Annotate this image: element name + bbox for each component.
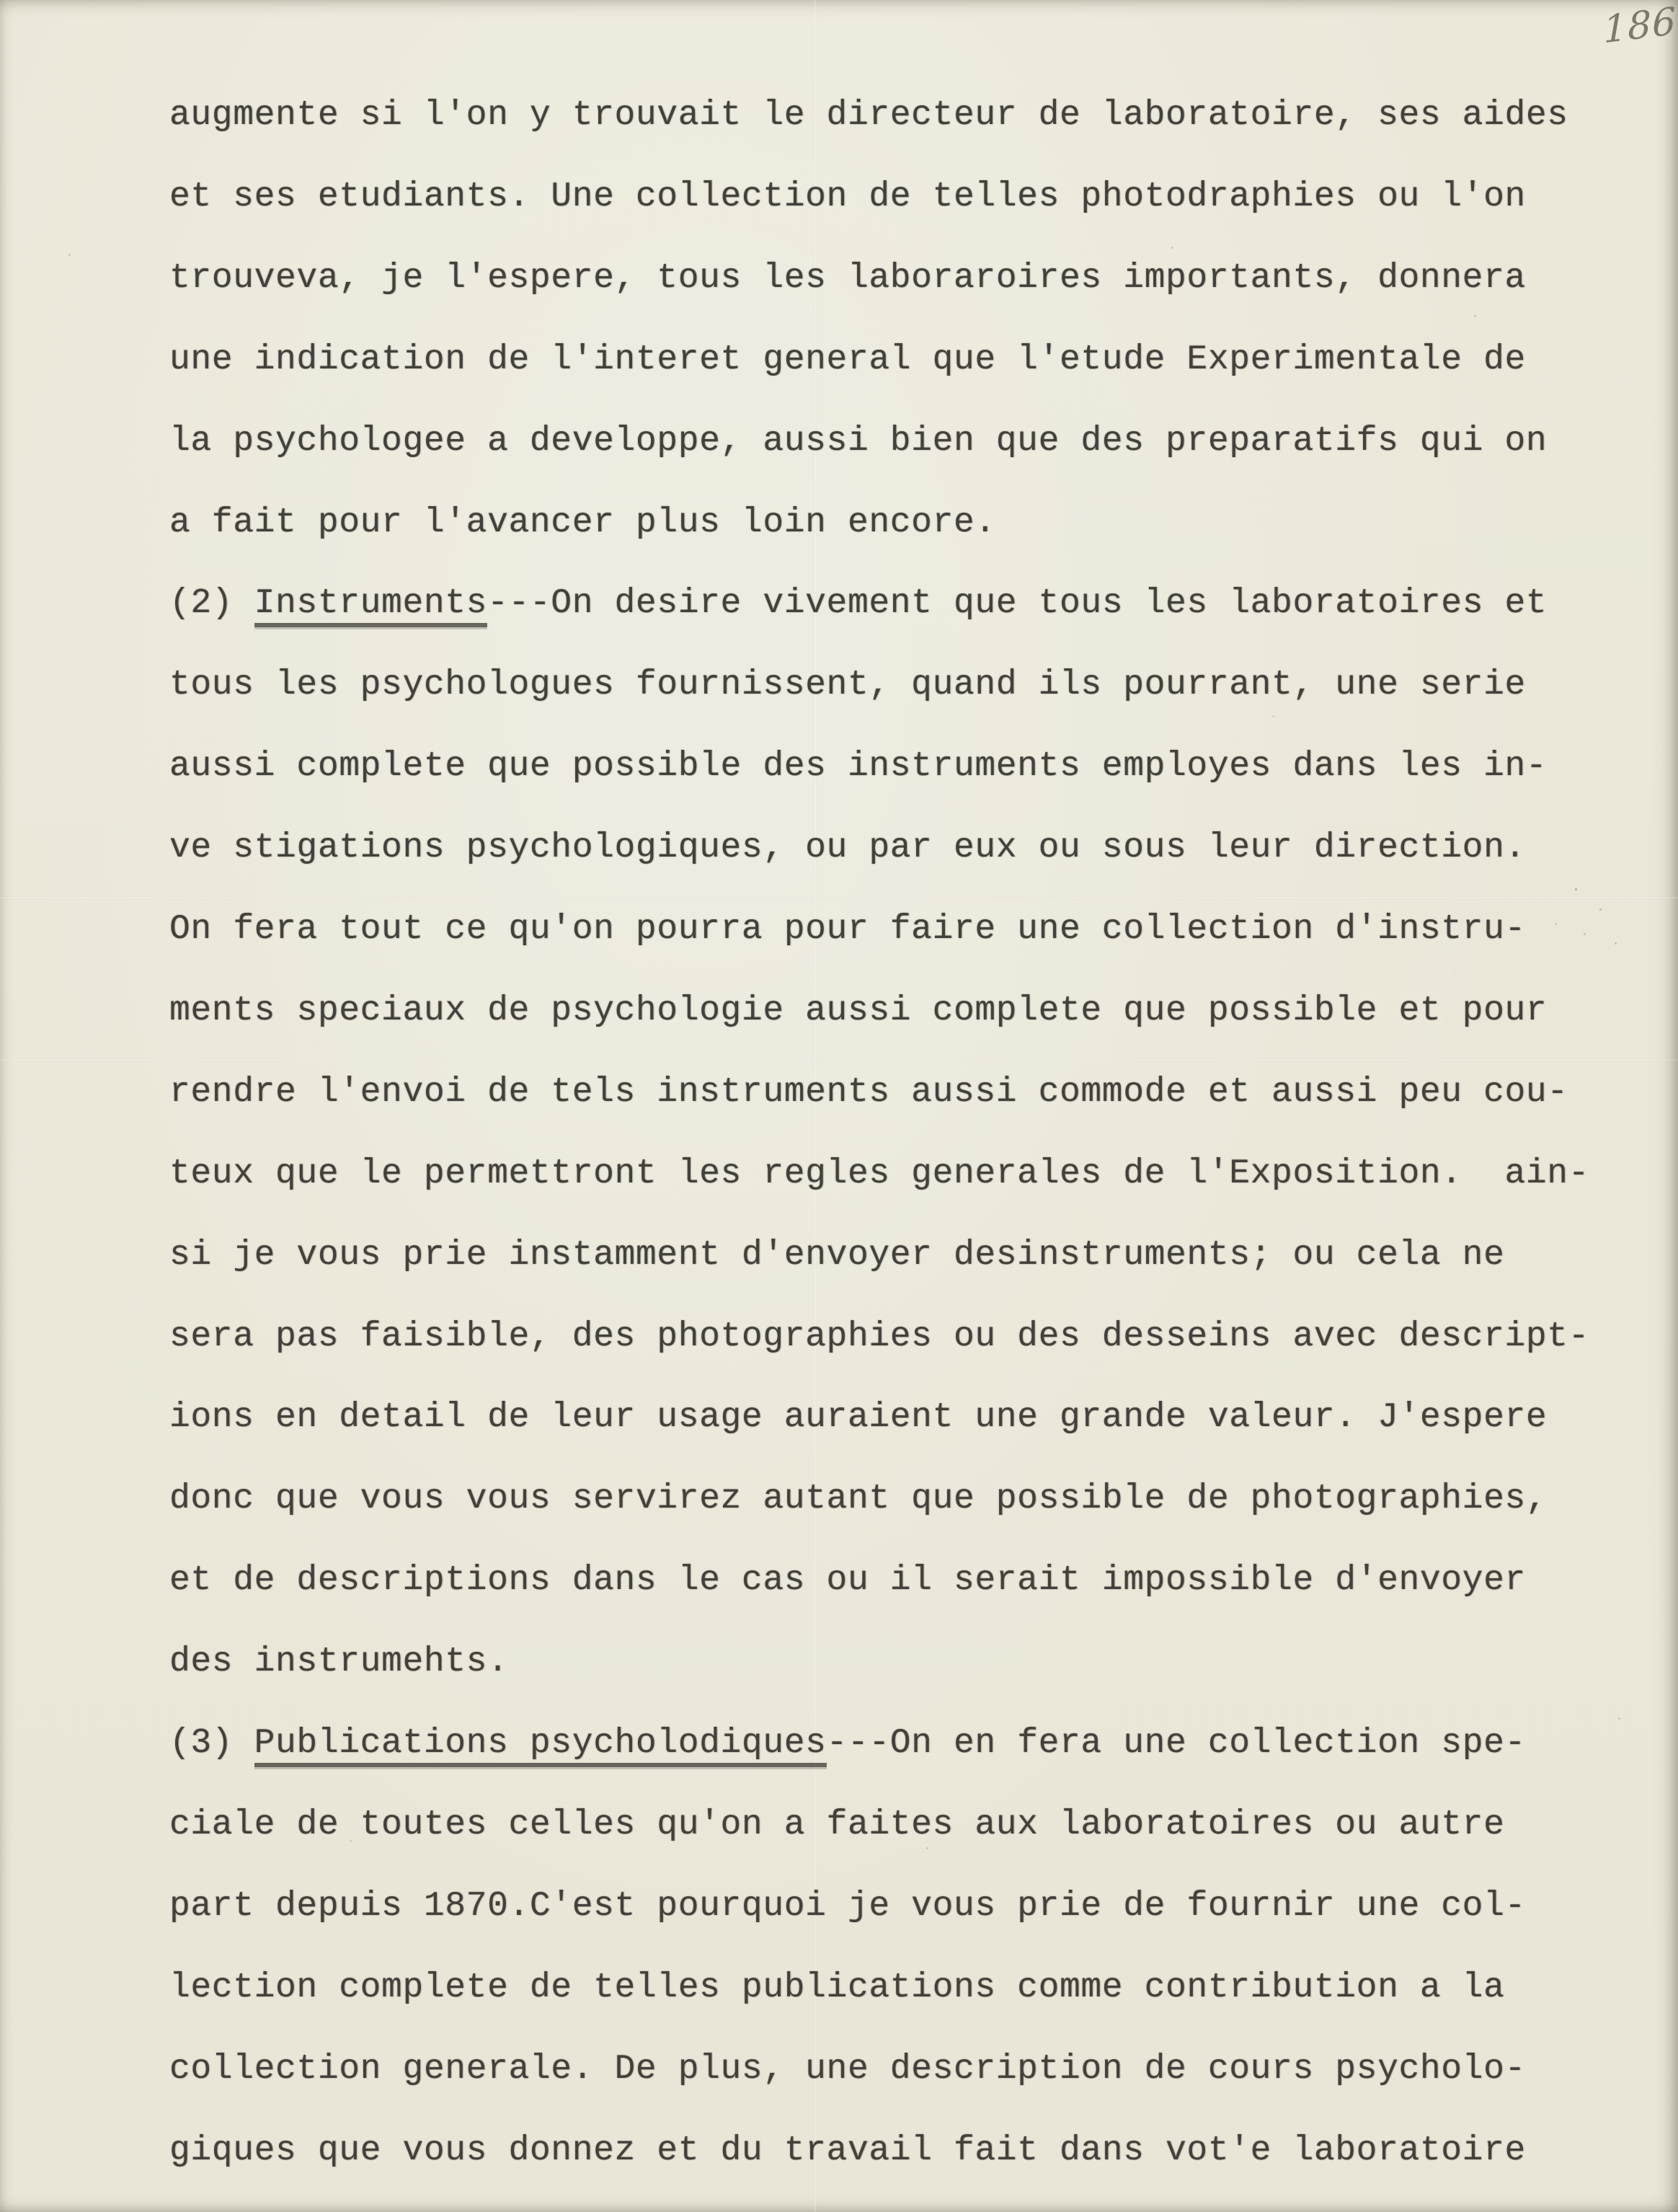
text-segment: (3) [169,1724,254,1763]
text-line: ments speciaux de psychologie aussi comp… [169,994,1547,1028]
text-line: la psychologee a developpe, aussi bien q… [169,424,1547,459]
text-line: tous les psychologues fournissent, quand… [169,668,1526,702]
text-line: a fait pour l'avancer plus loin encore. [169,505,996,540]
text-segment: aussi complete que possible des instrume… [169,747,1547,786]
text-segment: sera pas faisible, des photographies ou … [169,1317,1589,1356]
typewritten-text-block: augmente si l'on y trouvait le directeur… [169,98,1633,2196]
text-line: (3) Publications psycholodiques---On en … [169,1726,1526,1761]
text-segment: ve stigations psychologiques, ou par eux… [169,828,1526,867]
text-segment: lection complete de telles publications … [169,1968,1505,2007]
text-line: et de descriptions dans le cas ou il ser… [169,1563,1526,1598]
text-segment: (2) [169,584,254,623]
text-segment: une indication de l'interet general que … [169,340,1526,379]
text-segment: teux que le permettront les regles gener… [169,1154,1589,1193]
text-line: et ses etudiants. Une collection de tell… [169,180,1526,214]
text-line: si je vous prie instamment d'envoyer des… [169,1238,1505,1273]
text-segment: des instrumehts. [169,1642,508,1681]
text-line: des instrumehts. [169,1645,508,1679]
text-line: On fera tout ce qu'on pourra pour faire … [169,912,1526,947]
text-line: giques que vous donnez et du travail fai… [169,2133,1526,2168]
underlined-heading-text: Publications psycholodiques [254,1724,827,1767]
text-line: ciale de toutes celles qu'on a faites au… [169,1808,1505,1842]
text-segment: la psychologee a developpe, aussi bien q… [169,422,1547,461]
text-line: aussi complete que possible des instrume… [169,749,1547,784]
text-segment: ---On en fera une collection spe- [827,1724,1526,1763]
text-line: ve stigations psychologiques, ou par eux… [169,831,1526,865]
text-segment: collection generale. De plus, une descri… [169,2050,1526,2089]
text-line: collection generale. De plus, une descri… [169,2052,1526,2087]
text-line: ions en detail de leur usage auraient un… [169,1400,1547,1435]
text-segment: rendre l'envoi de tels instruments aussi… [169,1073,1568,1112]
text-segment: donc que vous vous servirez autant que p… [169,1479,1547,1518]
text-segment: part depuis 1870.C'est pourquoi je vous … [169,1887,1526,1926]
text-segment: trouveva, je l'espere, tous les laboraro… [169,259,1526,298]
text-segment: et de descriptions dans le cas ou il ser… [169,1561,1526,1600]
text-segment: On fera tout ce qu'on pourra pour faire … [169,910,1526,949]
text-line: rendre l'envoi de tels instruments aussi… [169,1075,1568,1110]
text-segment: ciale de toutes celles qu'on a faites au… [169,1805,1505,1844]
text-line: (2) Instruments---On desire vivement que… [169,586,1547,621]
text-segment: a fait pour l'avancer plus loin encore. [169,503,996,542]
text-line: sera pas faisible, des photographies ou … [169,1319,1589,1354]
document-page: 186 augmente si l'on y trouvait le direc… [0,0,1678,2212]
text-segment: augmente si l'on y trouvait le directeur… [169,96,1568,135]
text-line: augmente si l'on y trouvait le directeur… [169,98,1568,133]
text-segment: ions en detail de leur usage auraient un… [169,1398,1547,1437]
handwritten-page-number: 186 [1603,0,1677,52]
text-segment: ---On desire vivement que tous les labor… [487,584,1547,623]
text-line: teux que le permettront les regles gener… [169,1156,1589,1191]
text-line: lection complete de telles publications … [169,1970,1505,2005]
text-segment: si je vous prie instamment d'envoyer des… [169,1236,1505,1275]
text-line: trouveva, je l'espere, tous les laboraro… [169,261,1526,296]
text-segment: tous les psychologues fournissent, quand… [169,665,1526,704]
text-line: une indication de l'interet general que … [169,342,1526,377]
text-segment: ments speciaux de psychologie aussi comp… [169,991,1547,1030]
text-segment: et ses etudiants. Une collection de tell… [169,177,1526,216]
text-segment: giques que vous donnez et du travail fai… [169,2131,1526,2170]
underlined-heading-text: Instruments [254,584,487,627]
text-line: donc que vous vous servirez autant que p… [169,1482,1547,1516]
text-line: part depuis 1870.C'est pourquoi je vous … [169,1889,1526,1924]
